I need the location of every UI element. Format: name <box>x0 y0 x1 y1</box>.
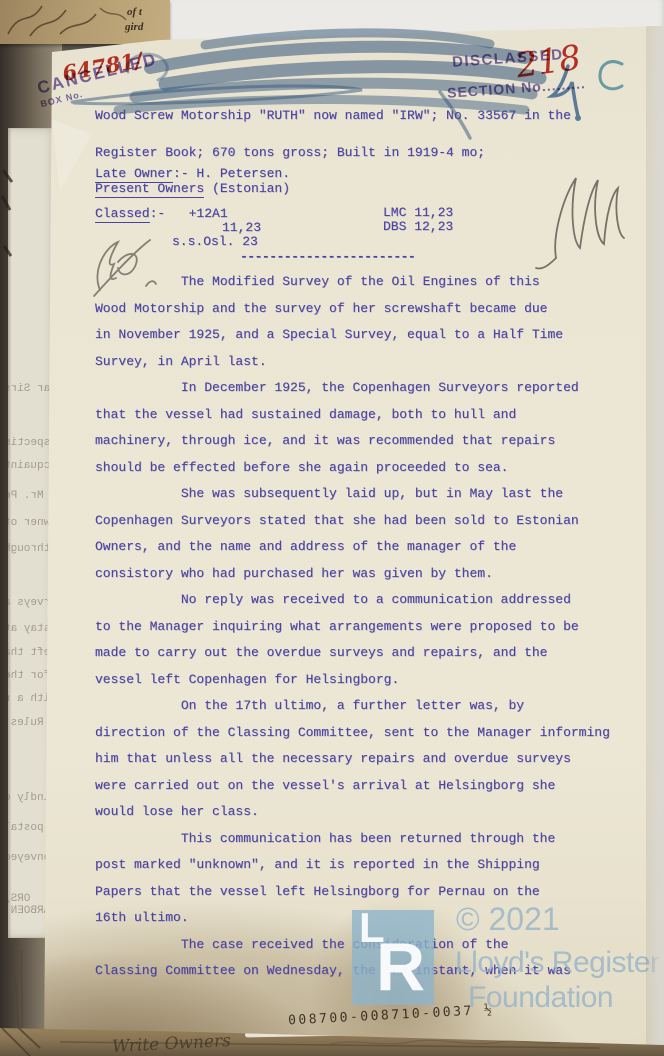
old-paper-fragment: of t gird <box>0 0 170 44</box>
fragment-word-1: of t <box>127 6 142 18</box>
watermark-lloyds-register: Lloyd's Register <box>455 946 660 980</box>
dbs-notation: DBS 12,23 <box>383 219 453 234</box>
present-owners-line: Present Owners (Estonian) <box>95 181 290 196</box>
fragment-handwriting-marks <box>0 0 170 44</box>
classed-label: Classed <box>95 206 150 223</box>
bleedthrough-text: ORS, <box>8 893 30 905</box>
logo-letter-r: R <box>376 928 425 1005</box>
bleedthrough-text: ARBOEN. <box>8 905 50 917</box>
present-owners-value: (Estonian) <box>204 181 290 196</box>
class-notation: :- +12A1 <box>150 206 228 221</box>
bleedthrough-text: through <box>8 543 50 555</box>
archive-reference-number: 008700-008710-0037 ½ <box>288 1003 495 1029</box>
watermark-copyright: © 2021 <box>456 901 560 938</box>
classed-line3: s.s.Osl. 23 <box>172 234 258 249</box>
late-owner-value: :- H. Petersen. <box>173 166 290 181</box>
paper-dogear <box>52 120 92 190</box>
document-page: Wood Screw Motorship "RUTH" now named "I… <box>0 0 664 1056</box>
bleedthrough-text: Rules. <box>8 717 44 729</box>
present-owners-label: Present Owners <box>95 181 204 198</box>
bleedthrough-text: postal <box>8 822 44 834</box>
lloyds-register-logo: L R <box>352 910 434 1005</box>
late-owner-line: Late Owner:- H. Petersen. <box>95 166 290 181</box>
lmc-notation: LMC 11,23 <box>383 205 453 220</box>
ship-description-line1: Wood Screw Motorship "RUTH" now named "I… <box>95 108 571 123</box>
ship-description-line2: Register Book; 670 tons gross; Built in … <box>95 145 485 160</box>
classed-line1: Classed:- +12A1 <box>95 206 228 221</box>
typed-separator-line: ------------------------ <box>240 249 415 264</box>
bleedthrough-text: for the <box>8 670 50 682</box>
fragment-word-2: gird <box>125 21 143 33</box>
bleedthrough-text: stay at <box>8 623 50 635</box>
page-stack-edge <box>646 26 664 1048</box>
report-body-text: The Modified Survey of the Oil Engines o… <box>95 269 610 985</box>
classed-line2: 11,23 <box>222 220 261 235</box>
